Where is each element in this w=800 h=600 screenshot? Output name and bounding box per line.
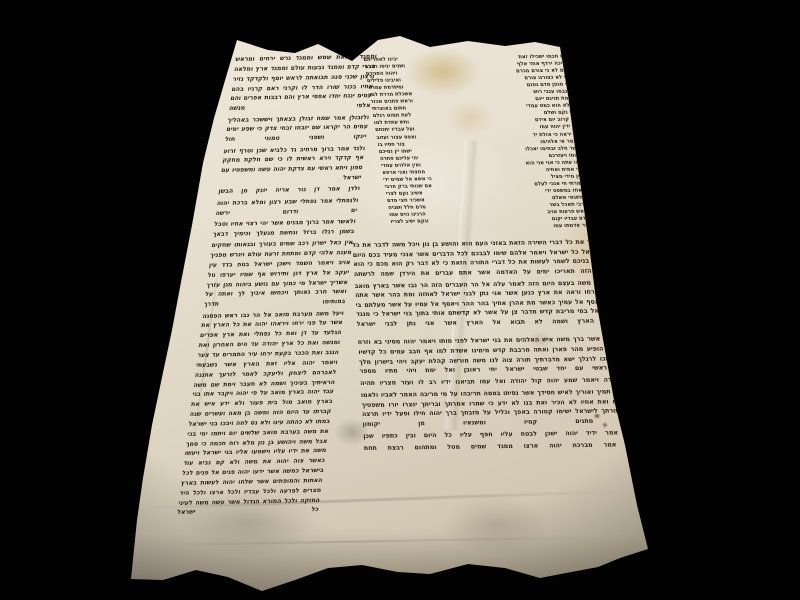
text-paragraph: אין כאל ישרון רכב שמים בעזרך ובגאותו שחק… [203,238,353,310]
hemistich-right: וכפר אדמתו עמו [530,223,594,231]
text-paragraph: ויבא משה וידבר את כל דברי השירה הזאת באז… [352,237,636,279]
hemistich-left [391,225,441,233]
song-columns: לו חכמו ישכילו זאתיבינו לאחריתםאיכה ירדף… [363,53,595,238]
text-paragraph: ולאשר אמר ברוך מבנים אשר יהי רצוי אחיו ו… [212,217,356,240]
text-paragraph: וממגד תבואת שמש וממגד גרש ירחים ומראש הר… [228,52,377,114]
photo-background: לו חכמו ישכילו זאתיבינו לאחריתםאיכה ירדף… [0,0,800,600]
right-column-prose: ויבא משה וידבר את כל דברי השירה הזאת באז… [352,237,648,483]
text-paragraph: ולגד אמר ברוך מרחיב גד כלביא שכן וטרף זר… [219,144,365,186]
text-paragraph: וזאת ליהודה ויאמר שמע יהוה קול יהודה ואל… [360,375,642,388]
text-paragraph: ולנפתלי אמר נפתלי שבע רצון ומלא ברכת יהו… [215,196,359,219]
text-paragraph: וידבר יהוה אל משה בעצם היום הזה לאמר עלה… [354,278,639,330]
text-paragraph: ולזבולן אמר שמח זבולן בצאתך ויששכר באהלי… [224,113,369,145]
text-paragraph: וללוי אמר תמיך ואוריך לאיש חסידך אשר נסי… [361,387,645,429]
text-paragraph: לבנימן אמר ידיד יהוה ישכן לבטח עליו חפף … [363,428,645,441]
text-paragraph: וליוסף אמר מברכת יהוה ארצו ממגד שמים מטל… [364,440,646,453]
text-paragraph: ויעל משה מערבת מואב אל הר נבו ראש הפסגה … [176,309,344,519]
text-paragraph: וזאת הברכה אשר ברך משה איש האלהים את בני… [358,334,642,376]
parchment-sheet: לו חכמו ישכילו זאתיבינו לאחריתםאיכה ירדף… [0,0,800,600]
